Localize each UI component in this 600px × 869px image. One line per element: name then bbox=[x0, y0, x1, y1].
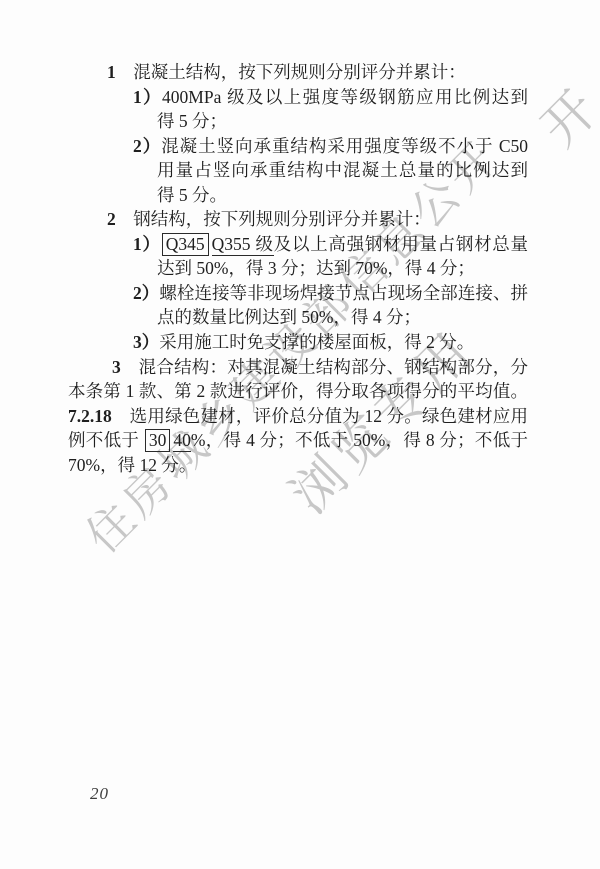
text-segment: 点的数量比例达到 50%，得 4 分； bbox=[157, 307, 421, 327]
text-segment: %，得 4 分；不低于 50%，得 8 分；不低于 bbox=[191, 430, 528, 450]
document-body: 1 混凝土结构，按下列规则分别评分并累计：1）400MPa 级及以上强度等级钢筋… bbox=[68, 60, 528, 477]
item-number: 3） bbox=[133, 332, 159, 352]
text-line: 7.2.18 选用绿色建材，评价总分值为 12 分。绿色建材应用比 bbox=[68, 404, 528, 429]
text-segment: 选用绿色建材，评价总分值为 12 分。绿色建材应用比 bbox=[68, 406, 528, 429]
text-segment: 混凝土竖向承重结构采用强度等级不小于 C50 混凝土 bbox=[133, 136, 528, 159]
text-segment: 70%，得 12 分。 bbox=[68, 455, 196, 475]
watermark-text-corner: 开 bbox=[534, 83, 600, 157]
text-line: 用量占竖向承重结构中混凝土总量的比例达到 50%， bbox=[68, 158, 528, 183]
text-line: 2）混凝土竖向承重结构采用强度等级不小于 C50 混凝土 bbox=[68, 134, 528, 159]
text-line: 达到 50%，得 3 分；达到 70%，得 4 分； bbox=[68, 256, 528, 281]
text-segment: 钢结构，按下列规则分别评分并累计： bbox=[116, 209, 431, 229]
text-line: 1 混凝土结构，按下列规则分别评分并累计： bbox=[68, 60, 528, 85]
revision-inserted-underline: 40 bbox=[173, 430, 191, 452]
text-segment: 400MPa 级及以上强度等级钢筋应用比例达到 85%， bbox=[133, 87, 528, 110]
revision-deleted-box: 30 bbox=[145, 429, 171, 452]
text-line: 本条第 1 款、第 2 款进行评价，得分取各项得分的平均值。 bbox=[68, 379, 528, 404]
text-line: 1）400MPa 级及以上强度等级钢筋应用比例达到 85%， bbox=[68, 85, 528, 110]
text-line: 3 混合结构：对其混凝土结构部分、钢结构部分，分别按 bbox=[68, 355, 528, 380]
text-segment: 例不低于 bbox=[68, 430, 144, 450]
item-number: 1） bbox=[133, 234, 161, 254]
text-line: 得 5 分； bbox=[68, 109, 528, 134]
item-number: 2 bbox=[107, 209, 116, 229]
item-number: 2） bbox=[133, 136, 161, 156]
text-line: 2）螺栓连接等非现场焊接节点占现场全部连接、拼接节 bbox=[68, 281, 528, 306]
text-line: 1）Q345Q355 级及以上高强钢材用量占钢材总量的比例 bbox=[68, 232, 528, 257]
text-line: 例不低于 3040%，得 4 分；不低于 50%，得 8 分；不低于 bbox=[68, 428, 528, 453]
text-segment: 混凝土结构，按下列规则分别评分并累计： bbox=[116, 62, 466, 82]
text-line: 70%，得 12 分。 bbox=[68, 453, 528, 478]
text-segment: 达到 50%，得 3 分；达到 70%，得 4 分； bbox=[157, 258, 475, 278]
text-line: 3）采用施工时免支撑的楼屋面板，得 2 分。 bbox=[68, 330, 528, 355]
text-segment: 螺栓连接等非现场焊接节点占现场全部连接、拼接节 bbox=[133, 283, 528, 306]
text-segment: 本条第 1 款、第 2 款进行评价，得分取各项得分的平均值。 bbox=[68, 381, 528, 401]
text-line: 得 5 分。 bbox=[68, 183, 528, 208]
item-number: 7.2.18 bbox=[68, 406, 112, 426]
text-segment: 采用施工时免支撑的楼屋面板，得 2 分。 bbox=[159, 332, 474, 352]
text-segment: 混合结构：对其混凝土结构部分、钢结构部分，分别按 bbox=[112, 357, 528, 380]
item-number: 1 bbox=[107, 62, 116, 82]
item-number: 3 bbox=[112, 357, 121, 377]
text-line: 点的数量比例达到 50%，得 4 分； bbox=[68, 305, 528, 330]
revision-deleted-box: Q345 bbox=[162, 233, 209, 256]
text-line: 2 钢结构，按下列规则分别评分并累计： bbox=[68, 207, 528, 232]
page-number: 20 bbox=[90, 784, 109, 804]
text-segment: 得 5 分； bbox=[157, 111, 227, 131]
document-page: 住房城乡建设部信息公开 浏览专用 开 1 混凝土结构，按下列规则分别评分并累计：… bbox=[0, 0, 600, 869]
item-number: 1） bbox=[133, 87, 162, 107]
item-number: 2） bbox=[133, 283, 159, 303]
revision-inserted-underline: Q355 级 bbox=[212, 234, 274, 256]
text-segment: 得 5 分。 bbox=[157, 185, 227, 205]
text-segment: 用量占竖向承重结构中混凝土总量的比例达到 50%， bbox=[157, 160, 528, 183]
